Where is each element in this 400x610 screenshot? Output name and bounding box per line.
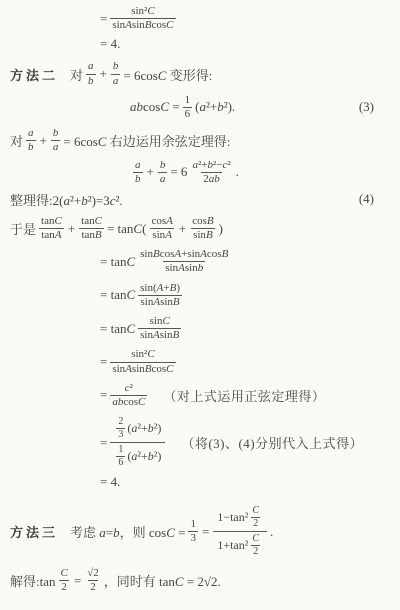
- closing-paren: ): [219, 221, 223, 237]
- fraction-denominator: 6: [183, 107, 193, 121]
- fraction-denominator: 2: [251, 545, 260, 558]
- fraction-numerator: a: [133, 159, 143, 172]
- fraction-denominator: abcosC: [110, 395, 147, 409]
- fraction-numerator: sin²C: [129, 348, 156, 361]
- plus-sign: +: [147, 164, 154, 180]
- fraction: sinBcosA+sinAcosB sinAsinb: [138, 248, 230, 275]
- fraction-tanC-over-tanB: tanC tanB: [79, 215, 104, 242]
- fraction-denominator: tanB: [79, 228, 103, 242]
- derivation-step-6: = c² abcosC （对上式运用正弦定理得）: [100, 382, 390, 409]
- method2-heading-line: 方法二 对 a b + b a = 6cosC 变形得:: [10, 60, 390, 87]
- fraction-cosA-over-sinA: cosA sinA: [149, 215, 174, 242]
- derivation-step-3: = tanC sin(A+B) sinAsinB: [100, 282, 390, 309]
- fraction-denominator: sinA: [150, 228, 174, 242]
- fraction-numerator: C: [250, 505, 261, 517]
- big-fraction-denominator: 1 6 (a²+b²): [110, 442, 165, 470]
- method3-heading-line: 方法三 考虑 a=b，则 cosC = 1 3 = 1−tan² C 2 1+t…: [10, 504, 390, 559]
- fraction: sin²C sinAsinBcosC: [110, 348, 175, 375]
- plus-sign: +: [179, 221, 186, 237]
- fraction-denominator: tanA: [39, 228, 63, 242]
- fraction-numerator: C: [250, 533, 261, 545]
- half-angle-fraction: 1−tan² C 2 1+tan² C 2: [213, 504, 267, 559]
- fraction-denominator: 2: [59, 580, 69, 594]
- plus-sign: +: [40, 133, 47, 149]
- fraction-numerator: 1: [188, 518, 198, 531]
- equation-lhs: =: [100, 387, 107, 403]
- fraction-numerator: b: [158, 159, 168, 172]
- fraction-denominator: 2ab: [201, 172, 222, 186]
- fraction-two-thirds: 2 3: [116, 416, 125, 441]
- fraction-denominator: b: [26, 140, 36, 154]
- fraction-numerator: 1: [183, 94, 193, 107]
- big-fraction-numerator: 2 3 (a²+b²): [110, 415, 165, 442]
- intro-post: = 6cosC 右边运用余弦定理得:: [63, 131, 230, 150]
- fraction: c² abcosC: [110, 382, 147, 409]
- fraction-denominator: 2: [88, 580, 98, 594]
- fraction-b-over-a: b a: [158, 159, 168, 186]
- fraction-a-over-b: a b: [26, 127, 36, 154]
- fraction-numerator: a²+b²−c²: [190, 159, 232, 172]
- intro-pre: 考虑 a=b，则 cosC =: [70, 522, 185, 541]
- fraction-numerator: tanC: [39, 215, 64, 228]
- fraction-denominator: sinB: [191, 228, 215, 242]
- equation-lhs: =: [100, 354, 107, 370]
- fraction-b-over-a: b a: [51, 127, 61, 154]
- fraction-numerator: sin(A+B): [138, 282, 182, 295]
- sine-rule-note: （对上式运用正弦定理得）: [163, 386, 325, 405]
- big-fraction-denominator: 1+tan² C 2: [213, 531, 267, 559]
- equals-sign: =: [74, 573, 81, 589]
- fraction-numerator: √2: [85, 567, 101, 580]
- result-text: = 4.: [100, 474, 120, 490]
- fraction-numerator: sinC: [148, 315, 172, 328]
- derivation-step-4: = tanC sinC sinAsinB: [100, 315, 390, 342]
- equation-rhs: (a²+b²).: [195, 99, 235, 115]
- fraction-numerator: sin²C: [129, 5, 156, 18]
- solve-pre: 解得:tan: [10, 571, 56, 590]
- carry-equation-fraction: = sin²C sinAsinBcosC: [100, 5, 390, 32]
- intro-post: = 6cosC 变形得:: [123, 65, 212, 84]
- equation-3: abcosC = 1 6 (a²+b²). (3): [130, 94, 390, 121]
- fraction-numerator: b: [51, 127, 61, 140]
- fraction-a-over-b: a b: [86, 60, 96, 87]
- denominator-rest: (a²+b²): [127, 449, 161, 464]
- fraction-cosine-rhs: a²+b²−c² 2ab: [190, 159, 232, 186]
- fraction-denominator: b: [133, 172, 143, 186]
- equation-mid: = 6: [170, 164, 187, 180]
- fraction-denominator: a: [51, 140, 61, 154]
- derivation-line-1: 于是 tanC tanA + tanC tanB = tanC( cosA si…: [10, 215, 390, 242]
- fraction-denominator: sinAsinBcosC: [110, 18, 175, 32]
- equation-4: 整理得:2(a²+b²)=3c². (4): [10, 190, 390, 209]
- fraction-cosB-over-sinB: cosB sinB: [190, 215, 215, 242]
- method3-heading: 方法三: [10, 522, 58, 541]
- fraction-numerator: sinBcosA+sinAcosB: [138, 248, 230, 261]
- equation-number-3: (3): [359, 99, 374, 115]
- fraction-sqrt2-over-2: √2 2: [85, 567, 101, 594]
- fraction-numerator: C: [59, 567, 70, 580]
- equation-text: 整理得:2(a²+b²)=3c².: [10, 190, 123, 209]
- substitution-note: （将(3)、(4)分别代入上式得）: [181, 433, 363, 452]
- method2-heading: 方法二: [10, 65, 58, 84]
- derivation-step-5: = sin²C sinAsinBcosC: [100, 348, 390, 375]
- derivation-step-7: = 2 3 (a²+b²) 1 6 (a²+b²) （将(3)、(4)分别代入上…: [100, 415, 390, 470]
- fraction-C-over-2: C 2: [250, 533, 261, 558]
- equation-mid: = tanC(: [107, 221, 146, 237]
- plus-sign: +: [100, 66, 107, 82]
- fraction-a-over-b: a b: [133, 159, 143, 186]
- fraction-numerator: 1: [116, 444, 125, 456]
- derivation-pre: 于是: [10, 219, 36, 238]
- fraction-denominator: a: [111, 74, 121, 88]
- fraction-numerator: a: [86, 60, 96, 73]
- fraction-denominator: sinAsinBcosC: [110, 362, 175, 376]
- scanned-math-solution-page: = sin²C sinAsinBcosC = 4. 方法二 对 a b + b …: [0, 0, 400, 595]
- cosine-rule-equation: a b + b a = 6 a²+b²−c² 2ab .: [130, 159, 390, 186]
- fraction-numerator: cosB: [190, 215, 215, 228]
- equation-lhs: = tanC: [100, 254, 135, 270]
- fraction-b-over-a: b a: [111, 60, 121, 87]
- fraction-numerator: b: [111, 60, 121, 73]
- carry-equation-result: = 4.: [100, 36, 390, 52]
- denominator-pre: 1+tan²: [217, 538, 248, 553]
- fraction-denominator: a: [158, 172, 168, 186]
- numerator-rest: (a²+b²): [127, 421, 161, 436]
- fraction-denominator: 2: [251, 517, 260, 530]
- big-fraction: 2 3 (a²+b²) 1 6 (a²+b²): [110, 415, 165, 470]
- fraction-denominator: sinAsinb: [163, 261, 205, 275]
- equation-lhs: = tanC: [100, 287, 135, 303]
- fraction-denominator: b: [86, 74, 96, 88]
- fraction-one-third: 1 3: [188, 518, 198, 545]
- intro-pre: 对: [10, 131, 23, 150]
- solve-line: 解得:tan C 2 = √2 2 ，同时有 tanC = 2√2.: [10, 567, 390, 594]
- numerator-pre: 1−tan²: [217, 510, 248, 525]
- derivation-step-2: = tanC sinBcosA+sinAcosB sinAsinb: [100, 248, 390, 275]
- fraction-numerator: c²: [123, 382, 135, 395]
- fraction-C-over-2: C 2: [59, 567, 70, 594]
- fraction: sinC sinAsinB: [138, 315, 181, 342]
- equals-sign: =: [100, 11, 107, 27]
- result-text: = 4.: [100, 36, 120, 52]
- derivation-result: = 4.: [100, 474, 390, 490]
- equation-lhs: =: [100, 435, 107, 451]
- equation-end: .: [236, 164, 239, 180]
- fraction-denominator: 3: [116, 428, 125, 441]
- fraction-denominator: sinAsinB: [138, 328, 181, 342]
- fraction-tanC-over-tanA: tanC tanA: [39, 215, 64, 242]
- fraction-numerator: a: [26, 127, 36, 140]
- fraction-C-over-2: C 2: [250, 505, 261, 530]
- equation-number-4: (4): [359, 191, 374, 207]
- fraction: sin(A+B) sinAsinB: [138, 282, 182, 309]
- big-fraction-numerator: 1−tan² C 2: [213, 504, 267, 531]
- equals-sign: =: [202, 524, 209, 540]
- fraction-denominator: 6: [116, 456, 125, 469]
- plus-sign: +: [68, 221, 75, 237]
- fraction-denominator: sinAsinB: [138, 295, 181, 309]
- fraction-one-sixth: 1 6: [183, 94, 193, 121]
- solve-post: ，同时有 tanC = 2√2.: [104, 571, 221, 590]
- equation-lhs: abcosC =: [130, 99, 180, 115]
- sentence-end: .: [270, 524, 273, 540]
- fraction-numerator: 2: [116, 416, 125, 428]
- equation-lhs: = tanC: [100, 321, 135, 337]
- fraction-numerator: cosA: [149, 215, 174, 228]
- fraction-numerator: tanC: [79, 215, 104, 228]
- cosine-rule-intro-line: 对 a b + b a = 6cosC 右边运用余弦定理得:: [10, 127, 390, 154]
- fraction: sin²C sinAsinBcosC: [110, 5, 175, 32]
- fraction-one-sixth: 1 6: [116, 444, 125, 469]
- intro-pre: 对: [70, 65, 83, 84]
- fraction-denominator: 3: [188, 531, 198, 545]
